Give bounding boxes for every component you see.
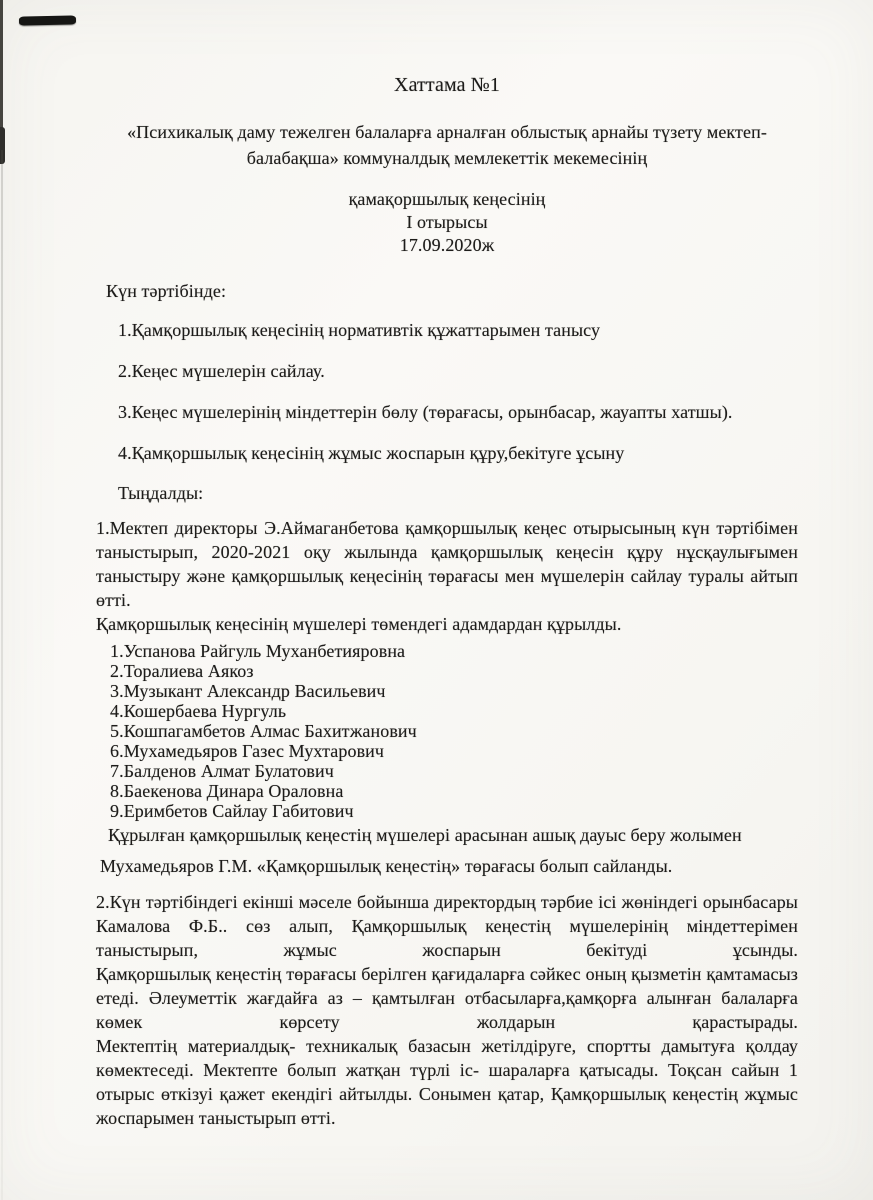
member-list-item: 9.Еримбетов Сайлау Габитович xyxy=(110,801,798,821)
member-list-item: 7.Балденов Алмат Булатович xyxy=(110,761,798,781)
heard-item-1-conclusion: Қамқоршылық кеңесінің мүшелері төмендегі… xyxy=(96,612,798,636)
member-list-item: 3.Музыкант Александр Васильевич xyxy=(110,681,798,701)
heard-item-2-part-1: 2.Күн тәртібіндегі екінші мәселе бойынша… xyxy=(96,890,798,962)
member-list-item: 1.Успанова Райгуль Муханбетияровна xyxy=(110,641,798,661)
agenda-item: 3.Кеңес мүшелерінің міндеттерін бөлу (тө… xyxy=(118,401,798,424)
members-list: 1.Успанова Райгуль Муханбетияровна 2.Тор… xyxy=(110,641,798,821)
heard-item-1-paragraph: 1.Мектеп директоры Э.Аймаганбетова қамқо… xyxy=(96,516,798,636)
session-date-line: 17.09.2020ж xyxy=(96,234,798,257)
heard-heading: Тыңдалды: xyxy=(118,483,798,504)
organization-name: «Психикалық даму тежелген балаларға арна… xyxy=(96,119,798,171)
document-page: Хаттама №1 «Психикалық даму тежелген бал… xyxy=(0,0,873,1200)
member-list-item: 4.Кошербаева Нургуль xyxy=(110,701,798,721)
heard-item-1-main: 1.Мектеп директоры Э.Аймаганбетова қамқо… xyxy=(96,516,798,612)
council-name-line: қамақоршылық кеңесінің xyxy=(96,188,798,211)
heard-item-2-paragraph: 2.Күн тәртібіндегі екінші мәселе бойынша… xyxy=(96,890,798,1130)
member-list-item: 5.Кошпагамбетов Алмас Бахитжанович xyxy=(110,721,798,741)
meeting-meta: қамақоршылық кеңесінің І отырысы 17.09.2… xyxy=(96,188,798,257)
marker-stroke-artifact xyxy=(19,15,76,25)
agenda-item: 4.Қамқоршылық кеңесінің жұмыс жоспарын қ… xyxy=(118,442,798,465)
member-list-item: 8.Баекенова Динара Ораловна xyxy=(110,781,798,801)
member-list-item: 6.Мухамедьяров Газес Мухтарович xyxy=(110,741,798,761)
session-number-line: І отырысы xyxy=(96,211,798,234)
member-list-item: 2.Торалиева Аякоз xyxy=(110,661,798,681)
document-title: Хаттама №1 xyxy=(96,74,798,97)
agenda-item: 1.Қамқоршылық кеңесінің нормативтік құжа… xyxy=(118,319,798,342)
heard-item-2-part-2: Қамқоршылық кеңестің төрағасы берілген қ… xyxy=(96,962,798,1034)
agenda-item: 2.Кеңес мүшелерін сайлау. xyxy=(118,360,798,383)
page-content: Хаттама №1 «Психикалық даму тежелген бал… xyxy=(96,74,798,1130)
heard-item-2-part-3: Мектептің материалдық- техникалық базасы… xyxy=(96,1034,798,1130)
left-edge-shadow xyxy=(1,150,3,1200)
agenda-list: 1.Қамқоршылық кеңесінің нормативтік құжа… xyxy=(96,319,798,465)
election-result-line-1: Құрылған қамқоршылық кеңестің мүшелері а… xyxy=(108,823,798,847)
election-result-line-2: Мухамедьяров Г.М. «Қамқоршылық кеңестің»… xyxy=(100,854,798,878)
agenda-heading: Күн тәртібінде: xyxy=(106,281,798,302)
